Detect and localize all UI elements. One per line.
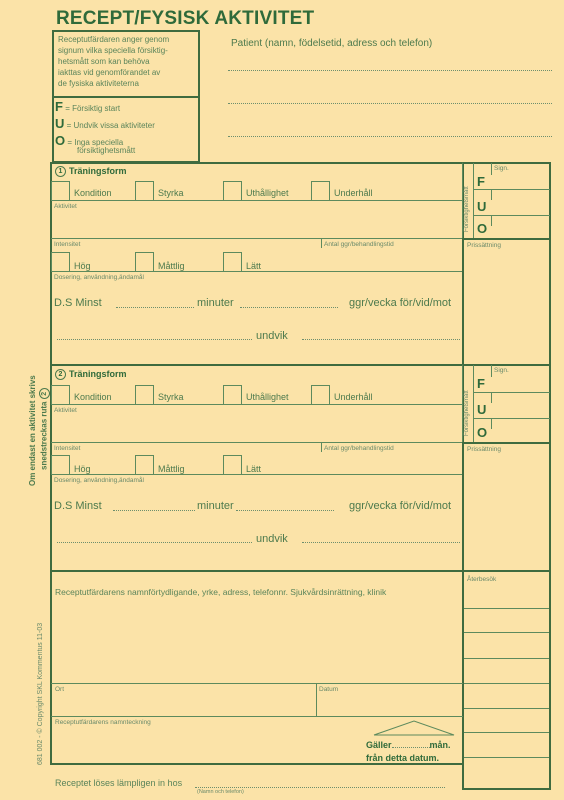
intro-line: iakttas vid genomförandet av <box>58 67 169 78</box>
aterbesok-field[interactable] <box>464 586 549 786</box>
legend-text: försiktighetsmått <box>77 146 155 155</box>
divider <box>316 683 317 716</box>
checkbox-hog[interactable] <box>51 252 70 271</box>
checkbox-label: Underhåll <box>334 392 373 402</box>
checkbox-uthallighet[interactable] <box>223 181 242 200</box>
intensity-label: Lätt <box>246 261 261 271</box>
intro-line: de fysiska aktiviteterna <box>58 78 169 89</box>
section-divider <box>51 364 463 366</box>
intensity-label: Måttlig <box>158 464 185 474</box>
aktivitet-field-1[interactable] <box>52 210 462 238</box>
divider <box>474 215 550 216</box>
divider <box>491 163 492 175</box>
divider <box>321 238 322 248</box>
section-number: 2 <box>55 369 66 380</box>
datum-label: Datum <box>319 686 338 693</box>
footer-sub-label: (Namn och telefon) <box>197 789 244 795</box>
intensitet-label: Intensitet <box>54 445 80 452</box>
intro-text: Receptutfärdaren anger genom signum vilk… <box>58 34 169 89</box>
antal-label: Antal ggr/behandlingstid <box>324 445 394 452</box>
checkbox-latt[interactable] <box>223 252 242 271</box>
divider <box>51 716 463 717</box>
sign-field-u[interactable] <box>492 200 548 214</box>
ggr-vecka-label: ggr/vecka för/vid/mot <box>349 297 451 309</box>
dosering-label: Dosering, användning,ändamål <box>54 477 144 484</box>
heading-text: Träningsform <box>69 166 127 176</box>
checkbox-label: Underhåll <box>334 188 373 198</box>
legend-text: = Undvik vissa aktiviteter <box>67 121 155 130</box>
minutes-field[interactable] <box>116 307 194 308</box>
divider <box>491 365 492 377</box>
checkbox-label: Kondition <box>74 392 112 402</box>
precaution-vertical-label: Försiktighetsmått <box>464 390 470 436</box>
margin-note-1: Om endast en aktivitet skrivs <box>28 375 37 486</box>
precaution-letter-u: U <box>477 199 486 214</box>
divider <box>473 163 474 239</box>
minutes-field[interactable] <box>113 510 195 511</box>
patient-label: Patient (namn, födelsetid, adress och te… <box>231 38 432 49</box>
precaution-letter-f: F <box>477 376 485 391</box>
legend-letter-u: U <box>55 116 64 131</box>
signature-label: Receptutfärdarens namnteckning <box>55 719 151 726</box>
ggr-vecka-label: ggr/vecka för/vid/mot <box>349 500 451 512</box>
sign-label: Sign. <box>494 367 509 374</box>
checkbox-label: Uthållighet <box>246 188 289 198</box>
precaution-letter-u: U <box>477 402 486 417</box>
divider <box>53 96 199 98</box>
sign-label: Sign. <box>494 165 509 172</box>
prescriber-label: Receptutfärdarens namnförtydligande, yrk… <box>55 587 386 597</box>
ds-minst-label: D.S Minst <box>54 297 102 309</box>
prissattning-box-1[interactable] <box>462 238 551 366</box>
aterbesok-label: Återbesök <box>467 576 496 583</box>
section-number: 1 <box>55 166 66 177</box>
undvik-label: undvik <box>256 533 288 545</box>
minuter-label: minuter <box>197 500 234 512</box>
antal-label: Antal ggr/behandlingstid <box>324 241 394 248</box>
checkbox-latt[interactable] <box>223 455 242 474</box>
checkbox-label: Styrka <box>158 392 184 402</box>
undvik-label: undvik <box>256 330 288 342</box>
section-1-heading: 1Träningsform <box>55 166 127 177</box>
divider <box>51 271 463 272</box>
form-title: RECEPT/FYSISK AKTIVITET <box>56 8 314 30</box>
section-2-heading: 2Träningsform <box>55 369 127 380</box>
intensity-label: Hög <box>74 261 91 271</box>
checkbox-underhall[interactable] <box>311 181 330 200</box>
margin-note-2: snedstreckas ruta 2 <box>39 385 50 470</box>
divider <box>473 365 474 443</box>
checkbox-styrka[interactable] <box>135 385 154 404</box>
triangle-icon <box>372 719 456 737</box>
divider <box>51 474 463 475</box>
footer-field[interactable] <box>195 787 445 788</box>
validity-months-field[interactable] <box>392 747 430 748</box>
aktivitet-label: Aktivitet <box>54 407 77 414</box>
signature-field[interactable] <box>53 727 363 762</box>
prissattning-label: Prissättning <box>467 446 501 453</box>
prissattning-label: Prissättning <box>467 242 501 249</box>
purpose-field[interactable] <box>57 542 252 543</box>
precaution-letter-o: O <box>477 221 487 236</box>
divider <box>51 404 463 405</box>
checkbox-label: Kondition <box>74 188 112 198</box>
divider <box>474 392 550 393</box>
sign-field-f[interactable] <box>492 378 548 390</box>
intro-line: hetsmått som kan behöva <box>58 56 169 67</box>
precaution-letter-f: F <box>477 174 485 189</box>
checkbox-kondition[interactable] <box>51 181 70 200</box>
divider <box>51 238 463 239</box>
intro-line: signum vilka speciella försiktig- <box>58 45 169 56</box>
aktivitet-field-2[interactable] <box>52 414 462 442</box>
sign-field-o[interactable] <box>492 429 548 441</box>
divider <box>51 442 463 443</box>
prescriber-field[interactable] <box>53 600 461 680</box>
divider <box>474 418 550 419</box>
intensity-label: Hög <box>74 464 91 474</box>
copyright-text: 681 002 - © Copyright SKL Kommentus 11-0… <box>37 623 44 765</box>
sign-field-f[interactable] <box>492 176 548 188</box>
legend-text: = Försiktig start <box>65 104 120 113</box>
avoid-field[interactable] <box>302 339 460 340</box>
dosering-label: Dosering, användning,ändamål <box>54 274 144 281</box>
intensitet-label: Intensitet <box>54 241 80 248</box>
intensity-label: Lätt <box>246 464 261 474</box>
checkbox-label: Styrka <box>158 188 184 198</box>
precaution-vertical-label: Försiktighetsmått <box>464 186 470 232</box>
divider <box>491 216 492 226</box>
ort-label: Ort <box>55 686 64 693</box>
divider <box>51 683 463 684</box>
checkbox-mattlig[interactable] <box>135 252 154 271</box>
legend-letter-f: F <box>55 99 63 114</box>
validity-line-1: Gällermån. <box>366 740 451 750</box>
divider <box>474 189 550 190</box>
checkbox-styrka[interactable] <box>135 181 154 200</box>
intensity-label: Måttlig <box>158 261 185 271</box>
checkbox-uthallighet[interactable] <box>223 385 242 404</box>
divider <box>491 393 492 403</box>
validity-line-2: från detta datum. <box>366 753 439 763</box>
checkbox-kondition[interactable] <box>51 385 70 404</box>
checkbox-underhall[interactable] <box>311 385 330 404</box>
checkbox-mattlig[interactable] <box>135 455 154 474</box>
footer-label: Receptet löses lämpligen in hos <box>55 778 182 788</box>
divider <box>491 190 492 200</box>
divider <box>491 419 492 429</box>
precaution-letter-o: O <box>477 425 487 440</box>
divider <box>321 442 322 452</box>
times-field[interactable] <box>236 510 334 511</box>
validity-text: Gäller <box>366 740 392 750</box>
times-field[interactable] <box>240 307 338 308</box>
checkbox-label: Uthållighet <box>246 392 289 402</box>
ds-minst-label: D.S Minst <box>54 500 102 512</box>
heading-text: Träningsform <box>69 369 127 379</box>
intro-line: Receptutfärdaren anger genom <box>58 34 169 45</box>
legend-letter-o: O <box>55 133 65 148</box>
validity-text: mån. <box>430 740 451 750</box>
purpose-field[interactable] <box>57 339 252 340</box>
aktivitet-label: Aktivitet <box>54 203 77 210</box>
minuter-label: minuter <box>197 297 234 309</box>
prissattning-box-2[interactable] <box>462 442 551 572</box>
margin-note-text: snedstreckas ruta <box>40 402 49 470</box>
sign-field-o[interactable] <box>492 226 548 238</box>
datum-field[interactable] <box>318 694 461 714</box>
patient-line-2[interactable] <box>228 103 552 104</box>
divider <box>51 200 463 201</box>
sign-field-u[interactable] <box>492 403 548 417</box>
ort-field[interactable] <box>53 694 313 714</box>
patient-line-1[interactable] <box>228 70 552 71</box>
legend: F = Försiktig start U = Undvik vissa akt… <box>55 99 155 155</box>
margin-note-number: 2 <box>39 388 50 399</box>
patient-line-3[interactable] <box>228 136 552 137</box>
avoid-field[interactable] <box>302 542 460 543</box>
checkbox-hog[interactable] <box>51 455 70 474</box>
